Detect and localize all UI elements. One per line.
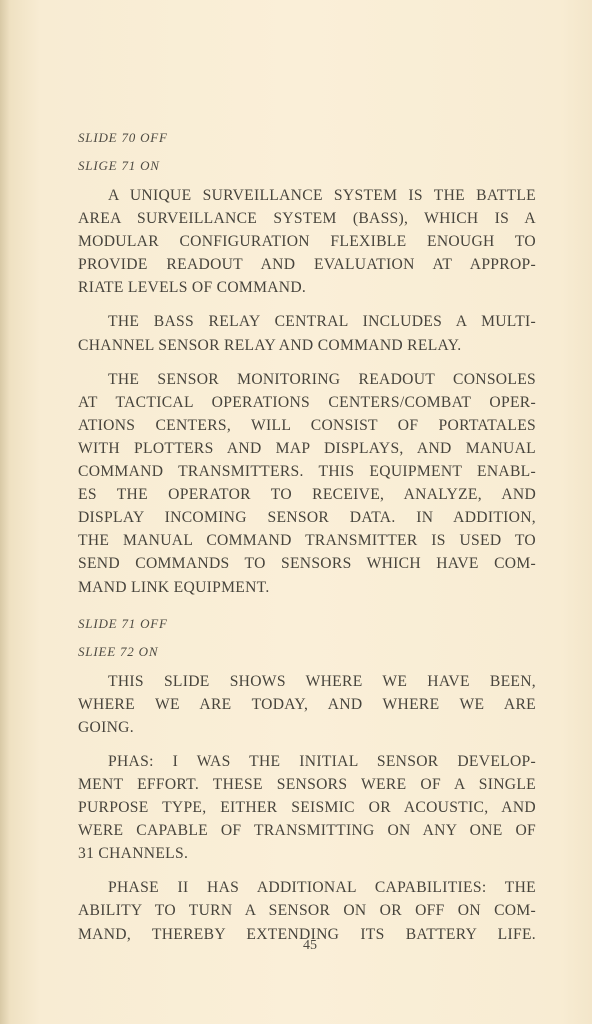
text-line: MODULAR CONFIGURATION FLEXIBLE ENOUGH TO — [78, 230, 536, 253]
text-line: DISPLAY INCOMING SENSOR DATA. IN ADDITIO… — [78, 506, 536, 529]
text-line: PHAS: I WAS THE INITIAL SENSOR DEVELOP- — [78, 750, 536, 773]
text-line: MAND LINK EQUIPMENT. — [78, 576, 536, 599]
text-line: AREA SURVEILLANCE SYSTEM (BASS), WHICH I… — [78, 207, 536, 230]
text-line: SEND COMMANDS TO SENSORS WHICH HAVE COM- — [78, 552, 536, 575]
text-line: A UNIQUE SURVEILLANCE SYSTEM IS THE BATT… — [78, 184, 536, 207]
slide-cue-line: SLIDE 70 OFF — [78, 124, 536, 152]
slide-cue-line: SLIDE 71 OFF — [78, 610, 536, 638]
page-number: 45 — [0, 938, 592, 954]
text-line: PHASE II HAS ADDITIONAL CAPABILITIES: TH… — [78, 876, 536, 899]
text-line: ATIONS CENTERS, WILL CONSIST OF PORTATAL… — [78, 414, 536, 437]
text-line: THE SENSOR MONITORING READOUT CONSOLES — [78, 368, 536, 391]
paragraph: PHAS: I WAS THE INITIAL SENSOR DEVELOP-M… — [78, 750, 536, 865]
slide-cue-line: SLIGE 71 ON — [78, 152, 536, 180]
text-line: ES THE OPERATOR TO RECEIVE, ANALYZE, AND — [78, 483, 536, 506]
paragraph: A UNIQUE SURVEILLANCE SYSTEM IS THE BATT… — [78, 184, 536, 299]
text-line: PROVIDE READOUT AND EVALUATION AT APPROP… — [78, 253, 536, 276]
slide-cue: SLIDE 71 OFFSLIEE 72 ON — [78, 610, 536, 666]
text-line: CHANNEL SENSOR RELAY AND COMMAND RELAY. — [78, 334, 536, 357]
text-line: AT TACTICAL OPERATIONS CENTERS/COMBAT OP… — [78, 391, 536, 414]
text-line: THE MANUAL COMMAND TRANSMITTER IS USED T… — [78, 529, 536, 552]
text-line: COMMAND TRANSMITTERS. THIS EQUIPMENT ENA… — [78, 460, 536, 483]
slide-cue: SLIDE 70 OFFSLIGE 71 ON — [78, 124, 536, 180]
text-line: MENT EFFORT. THESE SENSORS WERE OF A SIN… — [78, 773, 536, 796]
paragraph: THE BASS RELAY CENTRAL INCLUDES A MULTI-… — [78, 310, 536, 356]
text-line: PURPOSE TYPE, EITHER SEISMIC OR ACOUSTIC… — [78, 796, 536, 819]
paragraph: THIS SLIDE SHOWS WHERE WE HAVE BEEN,WHER… — [78, 670, 536, 739]
text-line: ABILITY TO TURN A SENSOR ON OR OFF ON CO… — [78, 899, 536, 922]
text-line: WITH PLOTTERS AND MAP DISPLAYS, AND MANU… — [78, 437, 536, 460]
text-line: THE BASS RELAY CENTRAL INCLUDES A MULTI- — [78, 310, 536, 333]
slide-cue-line: SLIEE 72 ON — [78, 638, 536, 666]
document-page: SLIDE 70 OFFSLIGE 71 ONA UNIQUE SURVEILL… — [78, 124, 536, 957]
text-line: WERE CAPABLE OF TRANSMITTING ON ANY ONE … — [78, 819, 536, 842]
text-line: RIATE LEVELS OF COMMAND. — [78, 276, 536, 299]
text-line: THIS SLIDE SHOWS WHERE WE HAVE BEEN, — [78, 670, 536, 693]
paragraph: THE SENSOR MONITORING READOUT CONSOLESAT… — [78, 368, 536, 599]
paragraph: PHASE II HAS ADDITIONAL CAPABILITIES: TH… — [78, 876, 536, 945]
text-line: 31 CHANNELS. — [78, 842, 536, 865]
text-line: WHERE WE ARE TODAY, AND WHERE WE ARE — [78, 693, 536, 716]
text-line: GOING. — [78, 716, 536, 739]
